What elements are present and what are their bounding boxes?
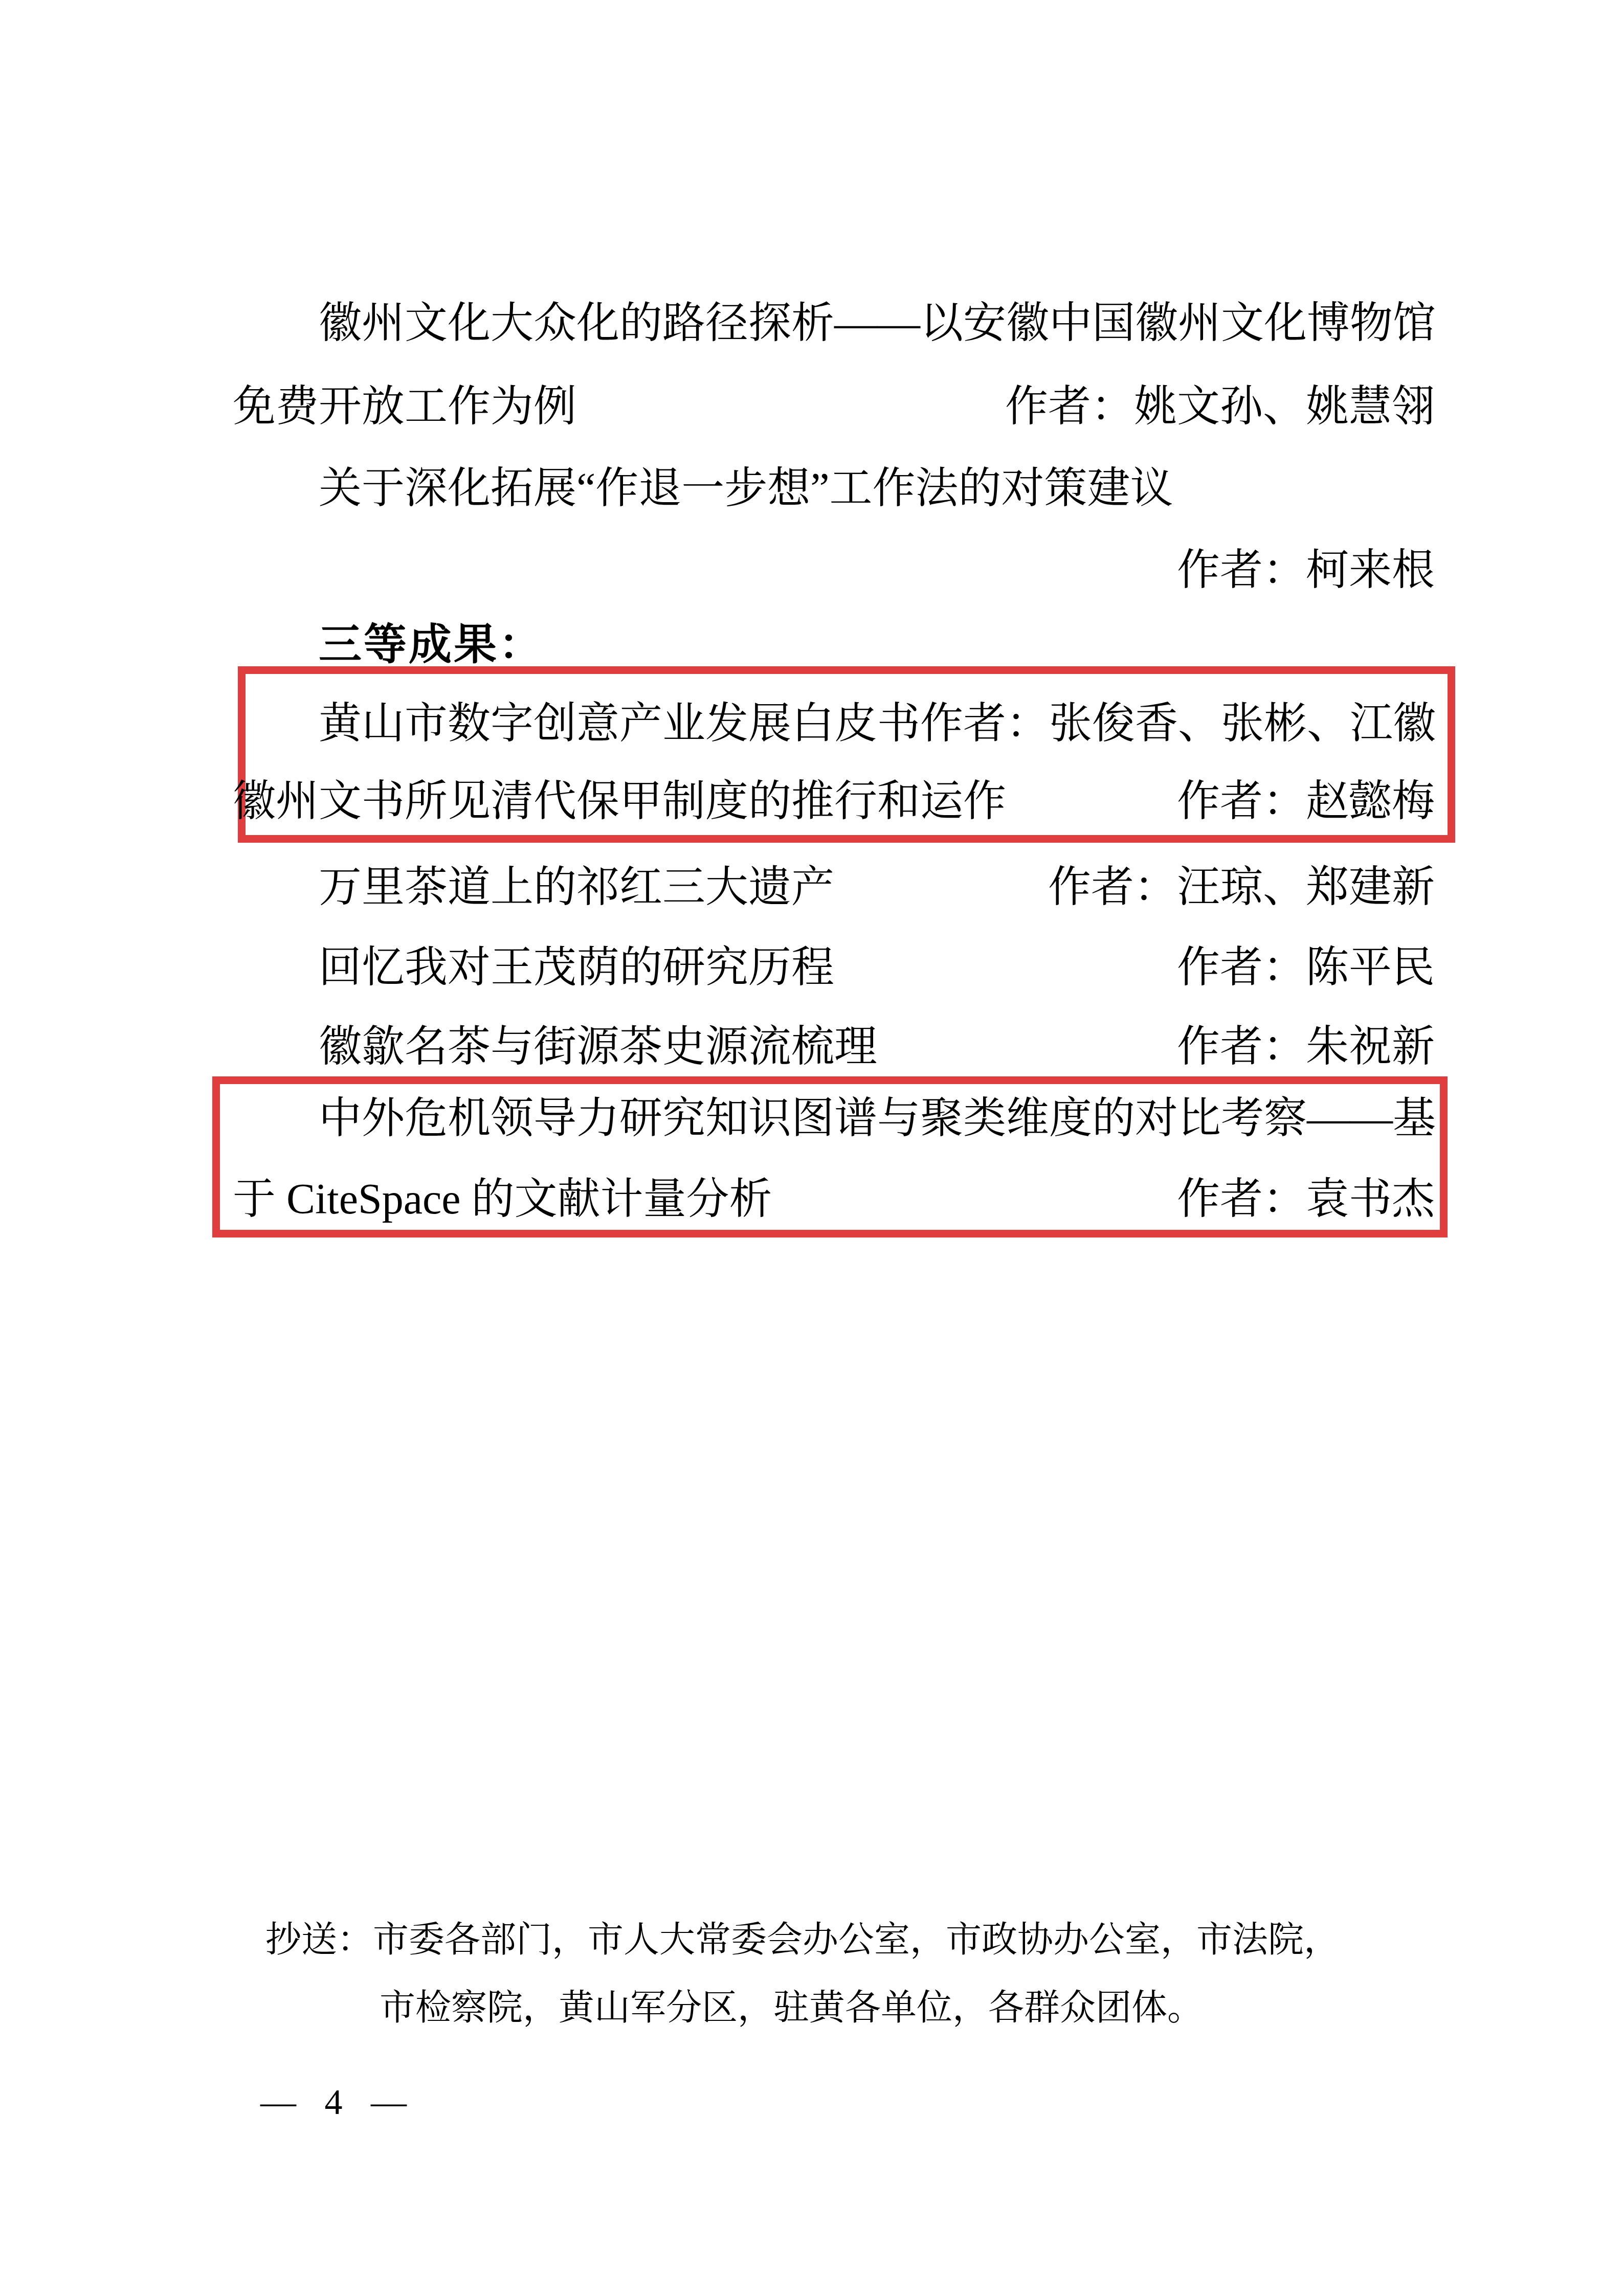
- entry-line: 回忆我对王茂荫的研究历程 作者：陈平民: [233, 943, 1435, 993]
- section-heading-text: 三等成果：: [319, 620, 544, 668]
- entry-line: 免费开放工作为例 作者：姚文孙、姚慧翎: [233, 382, 1435, 432]
- cc-note-line-2: 市检察院，黄山军分区，驻黄各单位，各群众团体。: [380, 1988, 1203, 2030]
- author-text: 作者：汪琼、郑建新: [1048, 863, 1435, 913]
- title-text: 免费开放工作为例: [233, 382, 576, 432]
- cc-note-line-1: 抄送：市委各部门，市人大常委会办公室，市政协办公室，市法院，: [265, 1920, 1340, 1962]
- entry-title-line: 关于深化拓展“作退一步想”工作法的对策建议: [233, 464, 1435, 514]
- author-text: 作者：柯来根: [1177, 546, 1435, 596]
- author-text: 作者：袁书杰: [1177, 1175, 1435, 1225]
- title-text: 徽州文化大众化的路径探析——以安徽中国徽州文化博物馆: [319, 300, 1436, 347]
- author-text: 作者：朱祝新: [1177, 1023, 1435, 1072]
- document-page: 徽州文化大众化的路径探析——以安徽中国徽州文化博物馆 免费开放工作为例 作者：姚…: [0, 0, 1624, 2296]
- entry-title-line: 中外危机领导力研究知识图谱与聚类维度的对比考察——基: [233, 1094, 1435, 1144]
- title-text: 徽歙名茶与街源茶史源流梳理: [319, 1023, 877, 1072]
- title-text: 黄山市数字创意产业发展白皮书: [319, 700, 920, 749]
- entry-line: 黄山市数字创意产业发展白皮书 作者：张俊香、张彬、江徽: [233, 700, 1435, 749]
- author-text: 作者：陈平民: [1177, 943, 1435, 993]
- entry-line: 万里茶道上的祁红三大遗产 作者：汪琼、郑建新: [233, 863, 1435, 913]
- title-text: 回忆我对王茂荫的研究历程: [319, 943, 834, 993]
- cc-text: 抄送：市委各部门，市人大常委会办公室，市政协办公室，市法院，: [265, 1921, 1340, 1960]
- entry-line: 于 CiteSpace 的文献计量分析 作者：袁书杰: [233, 1175, 1435, 1225]
- page-number-text: — 4 —: [260, 2083, 410, 2122]
- page-number: — 4 —: [260, 2082, 410, 2124]
- title-text: 徽州文书所见清代保甲制度的推行和运作: [233, 777, 1006, 827]
- title-text: 中外危机领导力研究知识图谱与聚类维度的对比考察——基: [319, 1095, 1436, 1142]
- author-text: 作者：赵懿梅: [1177, 777, 1435, 827]
- entry-line: 徽州文书所见清代保甲制度的推行和运作 作者：赵懿梅: [233, 777, 1435, 827]
- title-text: 万里茶道上的祁红三大遗产: [319, 863, 834, 913]
- cc-text: 市检察院，黄山军分区，驻黄各单位，各群众团体。: [380, 1989, 1203, 2028]
- title-text: 关于深化拓展“作退一步想”工作法的对策建议: [319, 465, 1173, 512]
- author-text: 作者：张俊香、张彬、江徽: [920, 700, 1436, 749]
- title-text: 于 CiteSpace 的文献计量分析: [233, 1175, 772, 1225]
- entry-line: 徽歙名茶与街源茶史源流梳理 作者：朱祝新: [233, 1023, 1435, 1072]
- section-heading: 三等成果：: [233, 620, 1435, 669]
- entry-title-line: 徽州文化大众化的路径探析——以安徽中国徽州文化博物馆: [233, 299, 1435, 349]
- entry-author-line: 作者：柯来根: [233, 546, 1435, 596]
- author-text: 作者：姚文孙、姚慧翎: [1005, 382, 1435, 432]
